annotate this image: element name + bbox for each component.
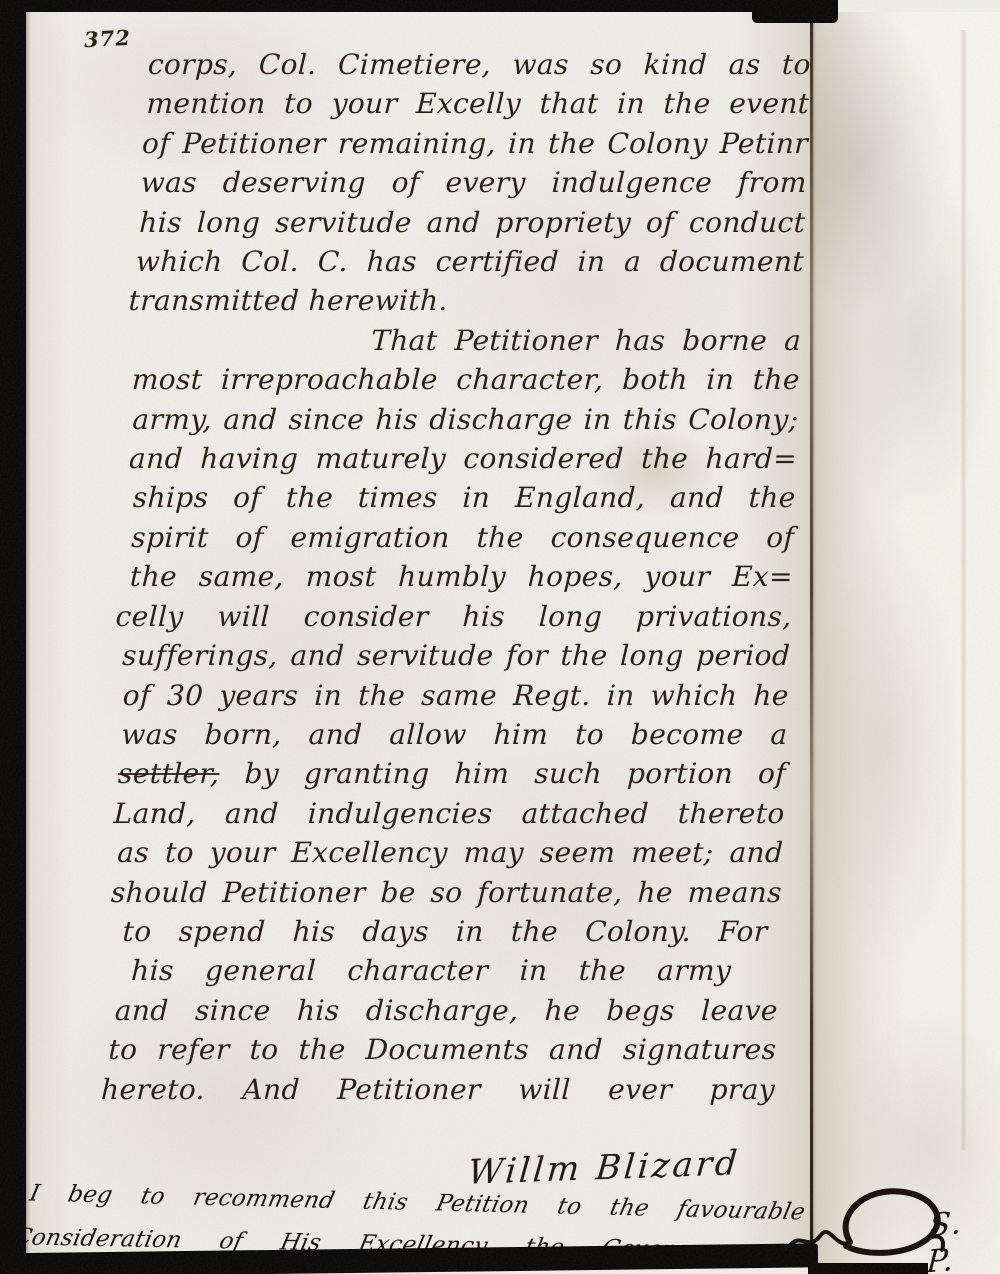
manuscript-line: sufferings, and servitude for the long p… — [122, 636, 791, 675]
binding-fold-line — [810, 20, 813, 1274]
page-number: 372 — [83, 25, 131, 52]
manuscript-line: to refer to the Documents and signatures — [108, 1030, 777, 1069]
manuscript-line: mention to your Excelly that in the even… — [146, 84, 810, 123]
manuscript-line: spirit of emigration the consequence of — [131, 518, 795, 557]
manuscript-line: settler, by granting him such portion of — [117, 754, 786, 793]
manuscript-line: army, and since his discharge in this Co… — [132, 400, 799, 439]
manuscript-line: celly will consider his long privations, — [115, 597, 792, 636]
manuscript-line: should Petitioner be so fortunate, he me… — [110, 873, 782, 912]
bottom-right-black-strip — [808, 1263, 928, 1274]
manuscript-line: Land, and indulgencies attached thereto — [113, 794, 785, 833]
manuscript-line: of Petitioner remaining, in the Colony P… — [141, 124, 808, 163]
manuscript-line: most irreproachable character, both in t… — [131, 360, 800, 399]
manuscript-line: ships of the times in England, and the — [132, 478, 796, 517]
manuscript-line: corps, Col. Cimetiere, was so kind as to — [147, 45, 811, 84]
manuscript-line: his general character in the army — [131, 951, 732, 990]
manuscript-line: the same, most humbly hopes, your Ex= — [129, 557, 793, 596]
manuscript-line: his long servitude and propriety of cond… — [139, 203, 806, 242]
left-edge-black-border — [0, 0, 26, 1274]
manuscript-line: of 30 years in the same Regt. in which h… — [122, 676, 789, 715]
manuscript-line: That Petitioner has borne a — [371, 321, 802, 360]
manuscript-line: was born, and allow him to become a — [121, 715, 788, 754]
manuscript-line: to spend his days in the Colony. For — [122, 912, 768, 951]
manuscript-line: and having maturely considered the hard= — [128, 439, 797, 478]
top-black-tab — [752, 0, 838, 23]
manuscript-line: as to your Excellency may seem meet; and — [117, 833, 784, 872]
manuscript-line: which Col. C. has certified in a documen… — [135, 242, 804, 281]
endorsement-initials: S. P. — [926, 1202, 1000, 1274]
manuscript-scan: 372 corps, Col. Cimetiere, was so kind a… — [0, 0, 1000, 1274]
manuscript-line: hereto. And Petitioner will ever pray — [100, 1070, 775, 1109]
paper-crease — [960, 30, 967, 1150]
manuscript-line: and since his discharge, he begs leave — [114, 991, 778, 1030]
top-edge-black-border — [0, 0, 794, 12]
manuscript-text: corps, Col. Cimetiere, was so kind as to… — [106, 45, 811, 1109]
facing-page-edge — [813, 12, 1000, 1274]
manuscript-line: transmitted herewith. — [128, 281, 803, 320]
manuscript-line: was deserving of every indulgence from — [140, 163, 807, 202]
